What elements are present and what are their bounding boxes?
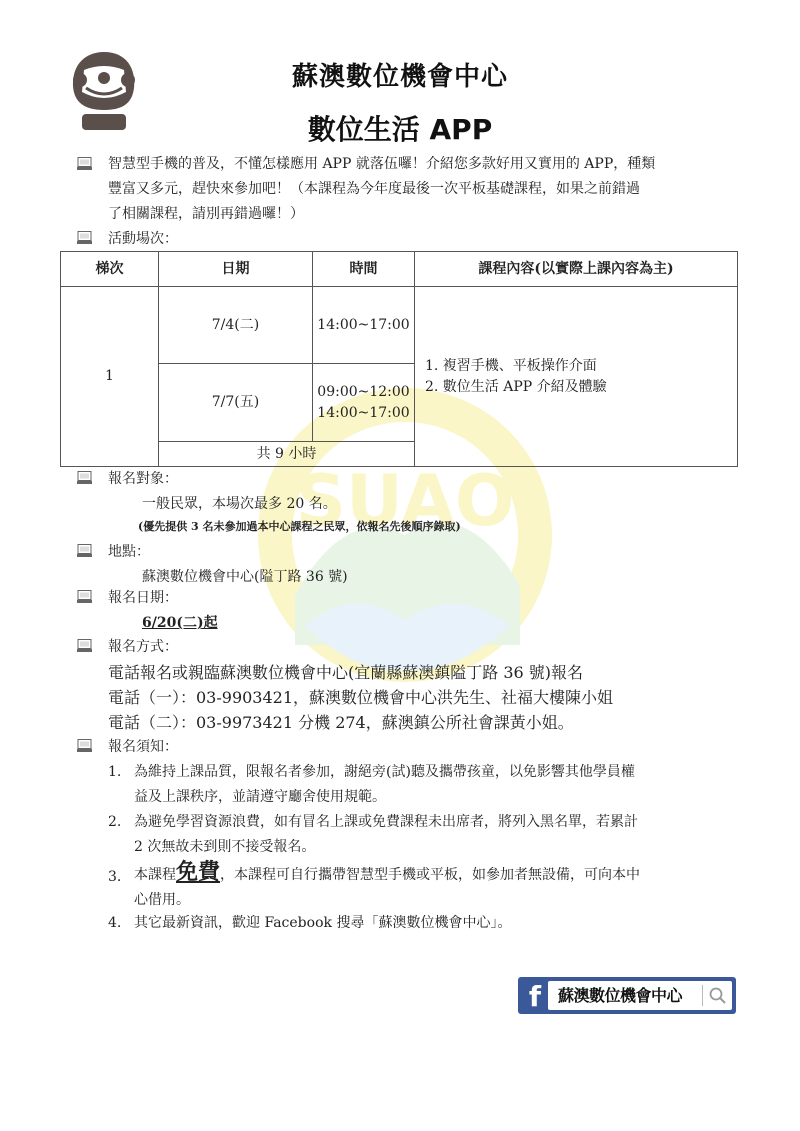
intro-line-3: 了相關課程，請別再錯過囉！） [108,203,304,225]
notice-item-2-line-2: 2 次無故未到則不接受報名。 [134,836,315,858]
time-slot: 09:00~12:00 [317,382,409,403]
facebook-search-badge[interactable]: f 蘇澳數位機會中心 [518,977,736,1014]
notice-num: 4. [108,912,121,934]
notice-text: 本課程 [134,867,176,883]
notice-item-1-line-1: 為維持上課品質，限報名者參加，謝絕旁(試)聽及攜帶孩童，以免影響其他學員權 [134,761,635,783]
time-cell: 14:00~17:00 [313,287,414,363]
notice-num: 3. [108,866,121,888]
audience-text: 一般民眾，本場次最多 20 名。 [142,493,337,515]
computer-bullet-icon [77,590,92,604]
audience-label: 報名對象： [108,468,178,490]
location-text: 蘇澳數位機會中心(隘丁路 36 號) [142,566,348,588]
reg-method-label: 報名方式： [108,636,178,658]
notice-label: 報名須知： [108,736,178,758]
search-icon [708,986,727,1005]
notice-text: ，本課程可自行攜帶智慧型手機或平板，如參加者無設備，可向本中 [220,867,640,883]
time-slot: 14:00~17:00 [317,403,409,424]
location-label: 地點： [108,541,150,563]
reg-method-line-2: 電話（一）：03-9903421，蘇澳數位機會中心洪先生、社福大樓陳小姐 [108,686,613,710]
computer-bullet-icon [77,639,92,653]
header-batch: 梯次 [61,252,158,286]
reg-date-text: 6/20(二)起 [142,612,218,634]
batch-number: 1 [61,287,158,466]
notice-num: 2. [108,811,121,833]
intro-line-1: 智慧型手機的普及，不懂怎樣應用 APP 就落伍囉！介紹您多款好用又實用的 APP… [108,153,655,175]
notice-item-1-line-2: 益及上課秩序，並請遵守廳舍使用規範。 [134,786,386,808]
date-cell: 7/4(二) [159,287,312,363]
header-time: 時間 [313,252,414,286]
sessions-table: 梯次 日期 時間 課程內容(以實際上課內容為主) 1 7/4(二) 14:00~… [60,251,738,467]
org-name-title: 蘇澳數位機會中心 [0,56,800,93]
sessions-label: 活動場次： [108,228,178,250]
notice-item-2-line-1: 為避免學習資源浪費，如有冒名上課或免費課程未出席者，將列入黑名單，若累計 [134,811,638,833]
date-cell: 7/7(五) [159,364,312,441]
computer-bullet-icon [77,471,92,485]
time-cell: 09:00~12:00 14:00~17:00 [313,364,414,441]
total-hours: 共 9 小時 [159,442,414,466]
content-item: 1. 複習手機、平板操作介面 [425,356,597,377]
search-text: 蘇澳數位機會中心 [558,981,682,1010]
course-content: 1. 複習手機、平板操作介面 2. 數位生活 APP 介紹及體驗 [425,287,735,466]
computer-bullet-icon [77,231,92,245]
computer-bullet-icon [77,544,92,558]
free-emphasis: 免費 [176,860,220,885]
notice-item-3-line-2: 心借用。 [134,889,190,911]
header-date: 日期 [159,252,312,286]
computer-bullet-icon [77,739,92,753]
content-item: 2. 數位生活 APP 介紹及體驗 [425,377,607,398]
facebook-icon: f [524,979,546,1012]
notice-item-3-line-1: 本課程免費，本課程可自行攜帶智慧型手機或平板，如參加者無設備，可向本中 [134,858,640,890]
reg-method-line-1: 電話報名或親臨蘇澳數位機會中心(宜蘭縣蘇澳鎮隘丁路 36 號)報名 [108,661,583,685]
intro-line-2: 豐富又多元，趕快來參加吧！（本課程為今年度最後一次平板基礎課程，如果之前錯過 [108,178,640,200]
search-field: 蘇澳數位機會中心 [548,981,732,1010]
computer-bullet-icon [77,157,92,171]
divider [702,985,703,1006]
header-content: 課程內容(以實際上課內容為主) [415,252,737,286]
reg-method-line-3: 電話（二）：03-9973421 分機 274，蘇澳鎮公所社會課黃小姐。 [108,711,574,735]
course-title: 數位生活 APP [0,108,800,148]
reg-date-label: 報名日期： [108,587,178,609]
notice-num: 1. [108,761,121,783]
notice-item-4-line-1: 其它最新資訊，歡迎 Facebook 搜尋「蘇澳數位機會中心」。 [134,912,511,934]
audience-note: (優先提供 3 名未參加過本中心課程之民眾，依報名先後順序錄取) [138,518,461,536]
